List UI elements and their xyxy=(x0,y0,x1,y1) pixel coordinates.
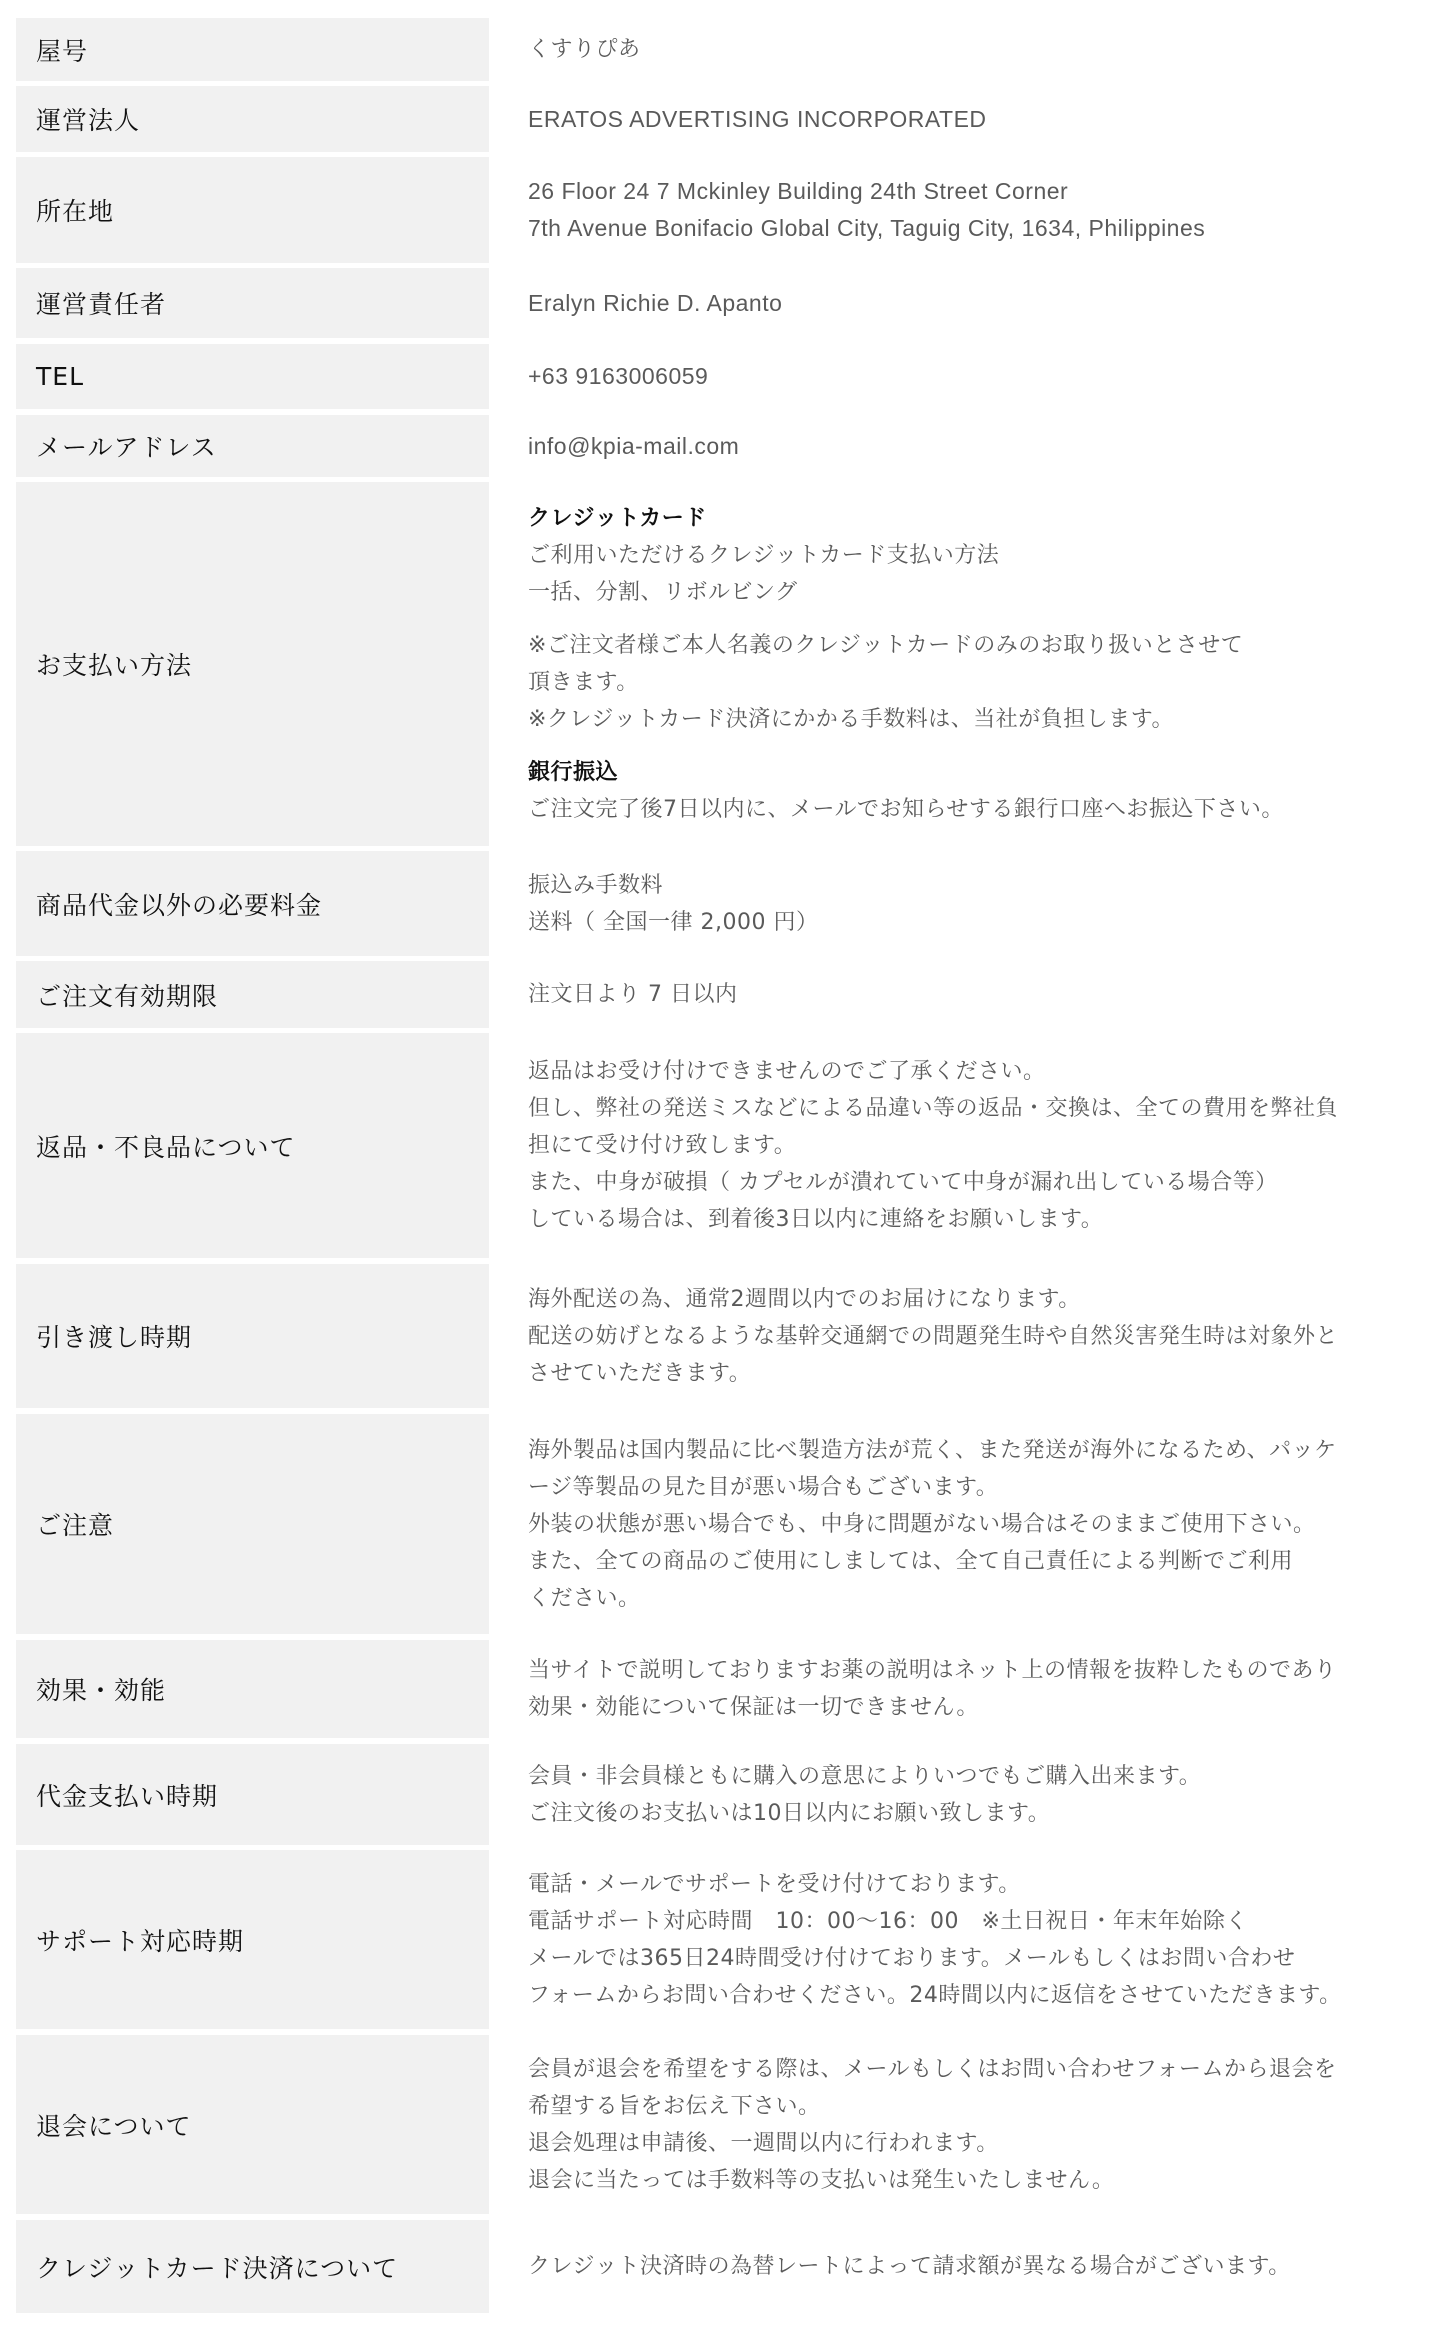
value-line: 当サイトで説明しておりますお薬の説明はネット上の情報を抜粋したものであり xyxy=(528,1652,1436,1689)
value-line: ご注文後のお支払いは10日以内にお願い致します。 xyxy=(528,1795,1436,1832)
payment-section-heading: クレジットカード xyxy=(528,500,1436,537)
value-line: 頂きます。 xyxy=(528,664,1436,701)
value-line: 会員・非会員様ともに購入の意思によりいつでもご購入出来ます。 xyxy=(528,1758,1436,1795)
row-label: 所在地 xyxy=(16,157,489,263)
value-line: 7th Avenue Bonifacio Global City, Taguig… xyxy=(528,210,1436,247)
row-value: 当サイトで説明しておりますお薬の説明はネット上の情報を抜粋したものであり効果・効… xyxy=(528,1640,1436,1738)
row-value: 振込み手数料送料（ 全国一律 2,000 円） xyxy=(528,851,1436,956)
payment-section-heading: 銀行振込 xyxy=(528,754,1436,791)
section-gap xyxy=(528,611,1436,627)
row-label: 引き渡し時期 xyxy=(16,1264,489,1408)
row-label: 返品・不良品について xyxy=(16,1033,489,1258)
row-value: 電話・メールでサポートを受け付けております。電話サポート対応時間 10：00〜1… xyxy=(528,1850,1436,2029)
value-line: 電話・メールでサポートを受け付けております。 xyxy=(528,1866,1436,1903)
row-value: 返品はお受け付けできませんのでご了承ください。但し、弊社の発送ミスなどによる品違… xyxy=(528,1033,1436,1258)
row-value: Eralyn Richie D. Apanto xyxy=(528,268,1436,338)
value-line: 海外製品は国内製品に比べ製造方法が荒く、また発送が海外になるため、パッケ xyxy=(528,1432,1436,1469)
value-line: 退会処理は申請後、一週間以内に行われます。 xyxy=(528,2125,1436,2162)
value-line: 但し、弊社の発送ミスなどによる品違い等の返品・交換は、全ての費用を弊社負 xyxy=(528,1090,1436,1127)
table-row: 運営責任者Eralyn Richie D. Apanto xyxy=(16,268,1436,338)
value-line: また、全ての商品のご使用にしましては、全て自己責任による判断でご利用 xyxy=(528,1543,1436,1580)
value-line: ※クレジットカード決済にかかる手数料は、当社が負担します。 xyxy=(528,701,1436,738)
table-row: 運営法人ERATOS ADVERTISING INCORPORATED xyxy=(16,86,1436,152)
value-line: フォームからお問い合わせください。24時間以内に返信をさせていただきます。 xyxy=(528,1977,1436,2014)
value-line: 配送の妨げとなるような基幹交通網での問題発生時や自然災害発生時は対象外と xyxy=(528,1318,1436,1355)
table-row: 引き渡し時期海外配送の為、通常2週間以内でのお届けになります。配送の妨げとなるよ… xyxy=(16,1264,1436,1408)
value-line: ご注文完了後7日以内に、メールでお知らせする銀行口座へお振込下さい。 xyxy=(528,791,1436,828)
row-label: サポート対応時期 xyxy=(16,1850,489,2029)
value-line: メールでは365日24時間受け付けております。メールもしくはお問い合わせ xyxy=(528,1940,1436,1977)
table-row: ご注文有効期限注文日より 7 日以内 xyxy=(16,961,1436,1028)
row-label: お支払い方法 xyxy=(16,482,489,846)
value-line: また、中身が破損（ カプセルが潰れていて中身が漏れ出している場合等） xyxy=(528,1164,1436,1201)
row-label: 運営責任者 xyxy=(16,268,489,338)
value-line: 一括、分割、リボルビング xyxy=(528,574,1436,611)
row-label: 効果・効能 xyxy=(16,1640,489,1738)
row-value: info@kpia-mail.com xyxy=(528,415,1436,477)
row-value: クレジット決済時の為替レートによって請求額が異なる場合がございます。 xyxy=(528,2220,1436,2313)
row-label: 退会について xyxy=(16,2035,489,2214)
value-line: 電話サポート対応時間 10：00〜16：00 ※土日祝日・年末年始除く xyxy=(528,1903,1436,1940)
value-line: 退会に当たっては手数料等の支払いは発生いたしません。 xyxy=(528,2162,1436,2199)
value-line: 海外配送の為、通常2週間以内でのお届けになります。 xyxy=(528,1281,1436,1318)
table-row: 所在地26 Floor 24 7 Mckinley Building 24th … xyxy=(16,157,1436,263)
row-label: 運営法人 xyxy=(16,86,489,152)
table-row: お支払い方法クレジットカードご利用いただけるクレジットカード支払い方法一括、分割… xyxy=(16,482,1436,846)
value-line: 振込み手数料 xyxy=(528,867,1436,904)
row-label: 商品代金以外の必要料金 xyxy=(16,851,489,956)
value-line: 注文日より 7 日以内 xyxy=(528,976,1436,1013)
value-line: 外装の状態が悪い場合でも、中身に問題がない場合はそのままご使用下さい。 xyxy=(528,1506,1436,1543)
value-line: 担にて受け付け致します。 xyxy=(528,1127,1436,1164)
table-row: クレジットカード決済についてクレジット決済時の為替レートによって請求額が異なる場… xyxy=(16,2220,1436,2313)
value-line: ージ等製品の見た目が悪い場合もございます。 xyxy=(528,1469,1436,1506)
table-row: TEL+63 9163006059 xyxy=(16,344,1436,409)
row-value: +63 9163006059 xyxy=(528,344,1436,409)
row-label: ご注意 xyxy=(16,1414,489,1634)
table-row: 退会について会員が退会を希望をする際は、メールもしくはお問い合わせフォームから退… xyxy=(16,2035,1436,2214)
value-line: ください。 xyxy=(528,1580,1436,1617)
value-line: させていただきます。 xyxy=(528,1355,1436,1392)
row-label: TEL xyxy=(16,344,489,409)
row-value: クレジットカードご利用いただけるクレジットカード支払い方法一括、分割、リボルビン… xyxy=(528,482,1436,846)
table-row: ご注意海外製品は国内製品に比べ製造方法が荒く、また発送が海外になるため、パッケー… xyxy=(16,1414,1436,1634)
table-row: 効果・効能当サイトで説明しておりますお薬の説明はネット上の情報を抜粋したものであ… xyxy=(16,1640,1436,1738)
value-line: ※ご注文者様ご本人名義のクレジットカードのみのお取り扱いとさせて xyxy=(528,627,1436,664)
table-row: メールアドレスinfo@kpia-mail.com xyxy=(16,415,1436,477)
value-line: している場合は、到着後3日以内に連絡をお願いします。 xyxy=(528,1201,1436,1238)
row-label: メールアドレス xyxy=(16,415,489,477)
value-line: ご利用いただけるクレジットカード支払い方法 xyxy=(528,537,1436,574)
value-line: くすりぴあ xyxy=(528,31,1436,68)
value-line: 返品はお受け付けできませんのでご了承ください。 xyxy=(528,1053,1436,1090)
table-row: 商品代金以外の必要料金振込み手数料送料（ 全国一律 2,000 円） xyxy=(16,851,1436,956)
row-value: ERATOS ADVERTISING INCORPORATED xyxy=(528,86,1436,152)
row-value: 注文日より 7 日以内 xyxy=(528,961,1436,1028)
value-line: 会員が退会を希望をする際は、メールもしくはお問い合わせフォームから退会を xyxy=(528,2051,1436,2088)
value-line: 希望する旨をお伝え下さい。 xyxy=(528,2088,1436,2125)
value-line: +63 9163006059 xyxy=(528,358,1436,395)
row-label: 屋号 xyxy=(16,18,489,81)
table-row: サポート対応時期電話・メールでサポートを受け付けております。電話サポート対応時間… xyxy=(16,1850,1436,2029)
table-row: 屋号くすりぴあ xyxy=(16,18,1436,81)
value-line[interactable]: info@kpia-mail.com xyxy=(528,428,1436,465)
row-label: 代金支払い時期 xyxy=(16,1744,489,1845)
row-value: 海外配送の為、通常2週間以内でのお届けになります。配送の妨げとなるような基幹交通… xyxy=(528,1264,1436,1408)
section-gap xyxy=(528,738,1436,754)
row-value: くすりぴあ xyxy=(528,18,1436,81)
row-value: 海外製品は国内製品に比べ製造方法が荒く、また発送が海外になるため、パッケージ等製… xyxy=(528,1414,1436,1634)
row-label: クレジットカード決済について xyxy=(16,2220,489,2313)
value-line: 送料（ 全国一律 2,000 円） xyxy=(528,904,1436,941)
table-row: 代金支払い時期会員・非会員様ともに購入の意思によりいつでもご購入出来ます。ご注文… xyxy=(16,1744,1436,1845)
row-value: 会員が退会を希望をする際は、メールもしくはお問い合わせフォームから退会を希望する… xyxy=(528,2035,1436,2214)
value-line: ERATOS ADVERTISING INCORPORATED xyxy=(528,101,1436,138)
row-value: 会員・非会員様ともに購入の意思によりいつでもご購入出来ます。ご注文後のお支払いは… xyxy=(528,1744,1436,1845)
value-line: 26 Floor 24 7 Mckinley Building 24th Str… xyxy=(528,173,1436,210)
value-line: 効果・効能について保証は一切できません。 xyxy=(528,1689,1436,1726)
row-value: 26 Floor 24 7 Mckinley Building 24th Str… xyxy=(528,157,1436,263)
value-line: クレジット決済時の為替レートによって請求額が異なる場合がございます。 xyxy=(528,2248,1436,2285)
table-row: 返品・不良品について返品はお受け付けできませんのでご了承ください。但し、弊社の発… xyxy=(16,1033,1436,1258)
value-line: Eralyn Richie D. Apanto xyxy=(528,285,1436,322)
row-label: ご注文有効期限 xyxy=(16,961,489,1028)
